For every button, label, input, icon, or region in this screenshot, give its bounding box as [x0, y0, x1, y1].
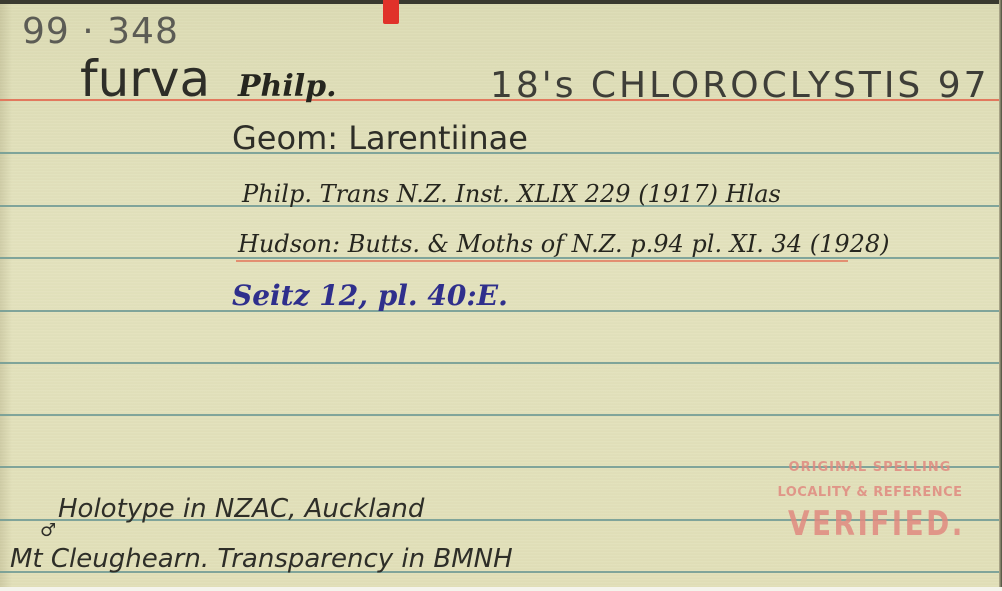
reference-line: Hudson: Butts. & Moths of N.Z. p.94 pl. … [238, 232, 890, 256]
classification: Geom: Larentiinae [232, 122, 528, 154]
holotype-note: Holotype in NZAC, Auckland [58, 496, 424, 522]
stamp-line-3: VERIFIED. [788, 504, 952, 544]
blue-rule [0, 414, 999, 416]
reference-line-blue: Seitz 12, pl. 40:E. [232, 282, 508, 310]
red-tab-marker [383, 0, 399, 24]
card-bottom-edge [0, 587, 1002, 591]
locality-note: Mt Cleughearn. Transparency in BMNH [10, 546, 513, 572]
catalog-number: 99 · 348 [22, 14, 179, 50]
verification-stamp: ORIGINAL SPELLING LOCALITY & REFERENCE V… [770, 458, 970, 544]
reference-line: Philp. Trans N.Z. Inst. XLIX 229 (1917) … [242, 182, 781, 206]
species-author: Philp. [238, 72, 337, 102]
sex-symbol: ♂ [40, 522, 56, 540]
red-underline [236, 260, 848, 262]
index-card: 99 · 348 furva Philp. 18's CHLOROCLYSTIS… [0, 0, 1002, 591]
card-top-edge [0, 0, 1002, 4]
stamp-line-1: ORIGINAL SPELLING [770, 460, 970, 475]
species-name: furva [80, 54, 210, 104]
genus-reference: 18's CHLOROCLYSTIS 97 [490, 68, 990, 104]
blue-rule [0, 362, 999, 364]
stamp-line-2: LOCALITY & REFERENCE [770, 485, 970, 500]
